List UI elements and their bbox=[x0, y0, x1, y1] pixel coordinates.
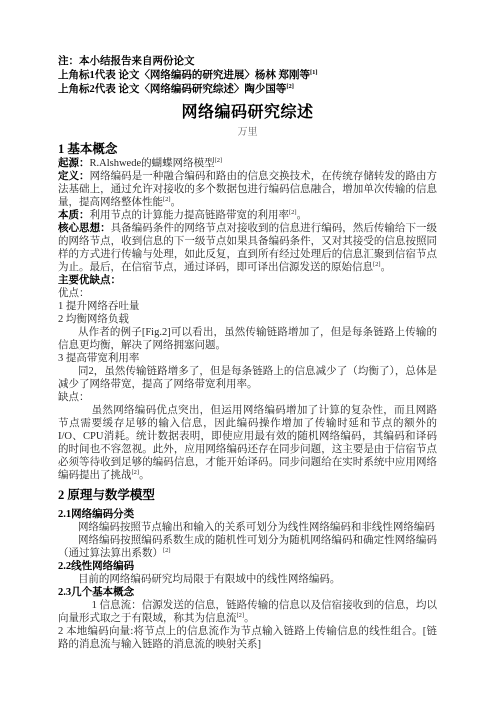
heading-section-2-3: 2.3几个基本概念 bbox=[58, 586, 437, 599]
paragraph-essence: 本质：利用节点的计算能力提高链路带宽的利用率[2]。 bbox=[58, 209, 437, 222]
bold-label: 主要优缺点： bbox=[58, 275, 121, 286]
header-note: 上角标1代表 论文〈网络编码的研究进展〉杨林 郑刚等[1] bbox=[58, 69, 437, 83]
bold-label: 起源： bbox=[58, 158, 90, 169]
citation-superscript: [2] bbox=[289, 209, 297, 216]
header-note: 注：本小结报告来自两份论文 bbox=[58, 55, 437, 69]
paragraph-origin: 起源：R.Alshwede的蝴蝶网络模型[2] bbox=[58, 157, 437, 170]
text-run: 1 提升网络吞吐量 bbox=[58, 301, 139, 312]
citation-superscript: [2] bbox=[215, 157, 223, 164]
paragraph-cons-label: 缺点： bbox=[58, 391, 437, 404]
text-run: 上角标2代表 论文〈网络编码研究综述〉陶少国等 bbox=[58, 84, 286, 95]
heading-section-2-1: 2.1网络编码分类 bbox=[58, 508, 437, 521]
document-author: 万里 bbox=[58, 126, 437, 140]
paragraph-linear-coding: 目前的网络编码研究均局限于有限域中的线性网络编码。 bbox=[58, 573, 437, 586]
text-run: 网络编码按照编码系数生成的随机性可划分为随机网络编码和确定性网络编码（通过算法算… bbox=[58, 535, 437, 559]
paragraph-classification-1: 网络编码按照节点输出和输入的关系可划分为线性网络编码和非线性网络编码 bbox=[58, 521, 437, 534]
citation-superscript: [2] bbox=[237, 612, 245, 619]
paragraph-definition: 定义：网络编码是一种融合编码和路由的信息交换技术，在传统存储转发的路由方法基础上… bbox=[58, 170, 437, 209]
bold-label: 定义： bbox=[58, 171, 90, 182]
text-run: 1 基本概念 bbox=[58, 142, 117, 156]
text-run: 从作者的例子[Fig.2]可以看出，虽然传输链路增加了，但是每条链路上传输的信息… bbox=[58, 327, 437, 351]
text-run: 2.3几个基本概念 bbox=[58, 587, 134, 598]
paragraph-pros-cons-label: 主要优缺点： bbox=[58, 274, 437, 287]
document-body: 1 基本概念起源：R.Alshwede的蝴蝶网络模型[2]定义：网络编码是一种融… bbox=[58, 142, 437, 651]
text-run: 2 原理与数学模型 bbox=[58, 488, 155, 502]
text-run: 2.1网络编码分类 bbox=[58, 509, 134, 520]
bold-label: 核心思想： bbox=[58, 223, 111, 234]
paragraph-cons-detail: 虽然网络编码优点突出，但运用网络编码增加了计算的复杂性，而且网路节点需要缓存足够… bbox=[58, 404, 437, 482]
paragraph-pro-2: 2 均衡网络负载 bbox=[58, 313, 437, 326]
text-run: 2 本地编码向量:将节点上的信息流作为节点输入链路上传输信息的线性组合。[链路的… bbox=[58, 626, 437, 650]
text-run: 网络编码是一种融合编码和路由的信息交换技术，在传统存储转发的路由方法基础上，通过… bbox=[58, 171, 437, 208]
text-run: 。 bbox=[381, 262, 392, 273]
citation-superscript: [2] bbox=[373, 261, 381, 268]
text-run: 利用节点的计算能力提高链路带宽的利用率 bbox=[90, 210, 290, 221]
text-run: 。 bbox=[297, 210, 308, 221]
heading-section-1: 1 基本概念 bbox=[58, 142, 437, 157]
text-run: 2 均衡网络负载 bbox=[58, 314, 129, 325]
citation-superscript: [2] bbox=[163, 196, 171, 203]
paragraph-pro-3: 3 提高带宽利用率 bbox=[58, 352, 437, 365]
text-run: 同2，虽然传输链路增多了，但是每条链路上的信息减少了（均衡了），总体是减少了网络… bbox=[58, 366, 437, 390]
text-run: 3 提高带宽利用率 bbox=[58, 353, 139, 364]
citation-superscript: [1] bbox=[310, 69, 318, 76]
document-title: 网络编码研究综述 bbox=[58, 101, 437, 125]
text-run: 。 bbox=[244, 613, 255, 624]
paragraph-pros-label: 优点： bbox=[58, 287, 437, 300]
text-run: 缺点： bbox=[58, 392, 90, 403]
text-run: 注：本小结报告来自两份论文 bbox=[58, 56, 195, 67]
paragraph-pro-3-detail: 同2，虽然传输链路增多了，但是每条链路上的信息减少了（均衡了），总体是减少了网络… bbox=[58, 365, 437, 391]
paragraph-pro-2-detail: 从作者的例子[Fig.2]可以看出，虽然传输链路增加了，但是每条链路上传输的信息… bbox=[58, 326, 437, 352]
text-run: 上角标1代表 论文〈网络编码的研究进展〉杨林 郑刚等 bbox=[58, 70, 310, 81]
bold-label: 本质： bbox=[58, 210, 90, 221]
header-notes: 注：本小结报告来自两份论文上角标1代表 论文〈网络编码的研究进展〉杨林 郑刚等[… bbox=[58, 55, 437, 97]
citation-superscript: [2] bbox=[286, 83, 294, 90]
citation-superscript: [2] bbox=[163, 547, 171, 554]
paragraph-core-idea: 核心思想：具备编码条件的网络节点对接收到的信息进行编码，然后传输给下一级的网络节… bbox=[58, 222, 437, 274]
paragraph-pro-1: 1 提升网络吞吐量 bbox=[58, 300, 437, 313]
text-run: 。 bbox=[139, 470, 150, 481]
paragraph-concept-2: 2 本地编码向量:将节点上的信息流作为节点输入链路上传输信息的线性组合。[链路的… bbox=[58, 625, 437, 651]
text-run: 目前的网络编码研究均局限于有限域中的线性网络编码。 bbox=[78, 574, 341, 585]
text-run: 虽然网络编码优点突出，但运用网络编码增加了计算的复杂性，而且网路节点需要缓存足够… bbox=[58, 405, 437, 481]
text-run: 2.2线性网络编码 bbox=[58, 561, 134, 572]
document-content: 注：本小结报告来自两份论文上角标1代表 论文〈网络编码的研究进展〉杨林 郑刚等[… bbox=[0, 0, 496, 651]
text-run: 网络编码按照节点输出和输入的关系可划分为线性网络编码和非线性网络编码 bbox=[78, 522, 435, 533]
citation-superscript: [2] bbox=[132, 469, 140, 476]
text-run: 。 bbox=[171, 197, 182, 208]
text-run: R.Alshwede的蝴蝶网络模型 bbox=[90, 158, 215, 169]
paragraph-classification-2: 网络编码按照编码系数生成的随机性可划分为随机网络编码和确定性网络编码（通过算法算… bbox=[58, 534, 437, 560]
document-page: 注：本小结报告来自两份论文上角标1代表 论文〈网络编码的研究进展〉杨林 郑刚等[… bbox=[0, 0, 496, 702]
header-note: 上角标2代表 论文〈网络编码研究综述〉陶少国等[2] bbox=[58, 83, 437, 97]
heading-section-2: 2 原理与数学模型 bbox=[58, 488, 437, 503]
paragraph-concept-1: 1 信息流：信源发送的信息，链路传输的信息以及信宿接收到的信息，均以向量形式取之… bbox=[58, 599, 437, 625]
text-run: 优点： bbox=[58, 288, 90, 299]
heading-section-2-2: 2.2线性网络编码 bbox=[58, 560, 437, 573]
